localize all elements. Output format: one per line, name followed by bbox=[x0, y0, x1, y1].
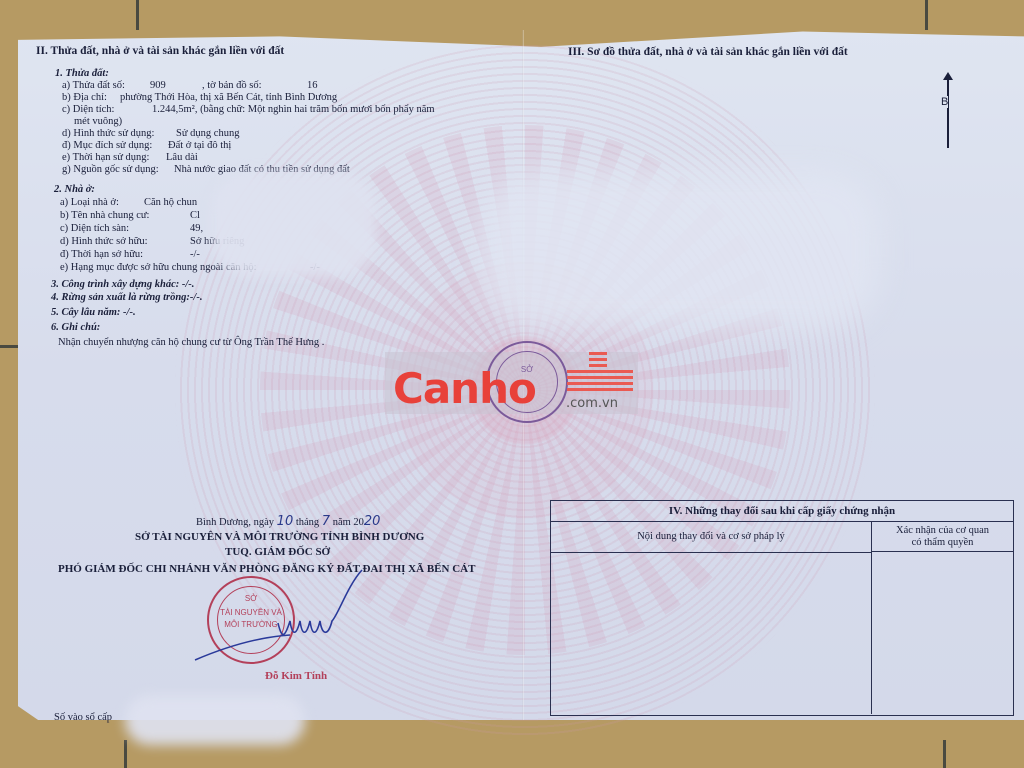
changes-table-title: IV. Những thay đổi sau khi cấp giấy chứn… bbox=[551, 501, 1013, 522]
house-type-label: a) Loại nhà ở: bbox=[60, 197, 119, 209]
changes-col-confirmation: Xác nhận của cơ quan có thẩm quyền bbox=[872, 522, 1013, 552]
signature bbox=[190, 565, 365, 665]
building-label: b) Tên nhà chung cư: bbox=[60, 210, 149, 222]
floor-tile-seam bbox=[925, 0, 928, 30]
floor-area-value: 49, bbox=[190, 223, 203, 235]
parcel-number: 909 bbox=[150, 80, 166, 92]
redacted-register-number bbox=[125, 695, 305, 745]
changes-cell-confirmation bbox=[872, 553, 1013, 714]
map-label: , tờ bản đồ số: bbox=[202, 80, 262, 92]
address-label: b) Địa chỉ: bbox=[62, 92, 107, 104]
date-place: Bình Dương, ngày 10 tháng 7 năm 2020 bbox=[196, 516, 380, 529]
date-month: 7 bbox=[322, 514, 330, 529]
notes-heading: 6. Ghi chú: bbox=[51, 322, 100, 334]
watermark-building-icon bbox=[567, 352, 633, 394]
watermark-domain: .com.vn bbox=[566, 396, 618, 411]
parcel-label: a) Thửa đất số: bbox=[62, 80, 125, 92]
changes-col-confirmation-line2: có thẩm quyền bbox=[872, 537, 1013, 549]
house-heading: 2. Nhà ở: bbox=[54, 184, 95, 196]
house-type-value: Căn hộ chun bbox=[144, 197, 197, 209]
date-year: 20 bbox=[364, 514, 381, 529]
watermark-brand: Canho bbox=[393, 367, 536, 411]
section-iii-title: III. Sơ đồ thửa đất, nhà ở và tài sản kh… bbox=[568, 46, 848, 58]
term-value: Lâu dài bbox=[166, 152, 198, 164]
area-value-cont: mét vuông) bbox=[74, 116, 122, 128]
notes-text: Nhận chuyển nhượng căn hộ chung cư từ Ôn… bbox=[58, 337, 324, 349]
area-label: c) Diện tích: bbox=[62, 104, 114, 116]
date-month-label: tháng bbox=[296, 517, 319, 528]
north-arrow-icon: B bbox=[943, 72, 953, 152]
own-term-label: đ) Thời hạn sở hữu: bbox=[60, 249, 143, 261]
north-label: B bbox=[941, 96, 948, 108]
use-form-label: d) Hình thức sử dụng: bbox=[62, 128, 154, 140]
purpose-label: đ) Mục đích sử dụng: bbox=[62, 140, 152, 152]
redacted-area bbox=[480, 170, 880, 330]
perennial-trees: 5. Cây lâu năm: -/-. bbox=[51, 307, 136, 319]
floor-tile-seam bbox=[124, 740, 127, 768]
changes-cell-content bbox=[551, 553, 872, 714]
purpose-value: Đất ở tại đô thị bbox=[168, 140, 231, 152]
date-year-label: năm 20 bbox=[333, 517, 364, 528]
own-term-value: -/- bbox=[190, 249, 200, 261]
on-behalf-title: TUQ. GIÁM ĐỐC SỞ bbox=[225, 546, 330, 558]
use-form-value: Sử dụng chung bbox=[176, 128, 239, 140]
building-value: Cl bbox=[190, 210, 200, 222]
changes-col-confirmation-line1: Xác nhận của cơ quan bbox=[872, 525, 1013, 537]
term-label: e) Thời hạn sử dụng: bbox=[62, 152, 149, 164]
changes-table: IV. Những thay đổi sau khi cấp giấy chứn… bbox=[550, 500, 1014, 716]
ownership-label: d) Hình thức sở hữu: bbox=[60, 236, 148, 248]
register-label: Số vào sổ cấp bbox=[54, 712, 112, 724]
address-value: phường Thới Hòa, thị xã Bến Cát, tỉnh Bì… bbox=[120, 92, 337, 104]
floor-tile-seam bbox=[0, 345, 20, 348]
production-forest: 4. Rừng sản xuất là rừng trồng:-/-. bbox=[51, 292, 202, 304]
changes-col-content: Nội dung thay đổi và cơ sở pháp lý bbox=[551, 522, 872, 553]
area-value: 1.244,5m², (bằng chữ: Một nghìn hai trăm… bbox=[152, 104, 435, 116]
map-number: 16 bbox=[307, 80, 318, 92]
floor-tile-seam bbox=[136, 0, 139, 30]
date-place-label: Bình Dương, ngày bbox=[196, 517, 274, 528]
redacted-area bbox=[212, 172, 377, 277]
other-works: 3. Công trình xây dựng khác: -/-. bbox=[51, 279, 194, 291]
land-heading: 1. Thửa đất: bbox=[55, 68, 109, 80]
section-ii-title: II. Thửa đất, nhà ở và tài sản khác gắn … bbox=[36, 45, 284, 57]
floor-tile-seam bbox=[943, 740, 946, 768]
floor-area-label: c) Diện tích sàn: bbox=[60, 223, 129, 235]
date-day: 10 bbox=[277, 514, 294, 529]
signer-name: Đỗ Kim Tính bbox=[265, 670, 327, 682]
authority-name: SỞ TÀI NGUYÊN VÀ MÔI TRƯỜNG TỈNH BÌNH DƯ… bbox=[135, 531, 424, 543]
origin-label: g) Nguồn gốc sử dụng: bbox=[62, 164, 159, 176]
